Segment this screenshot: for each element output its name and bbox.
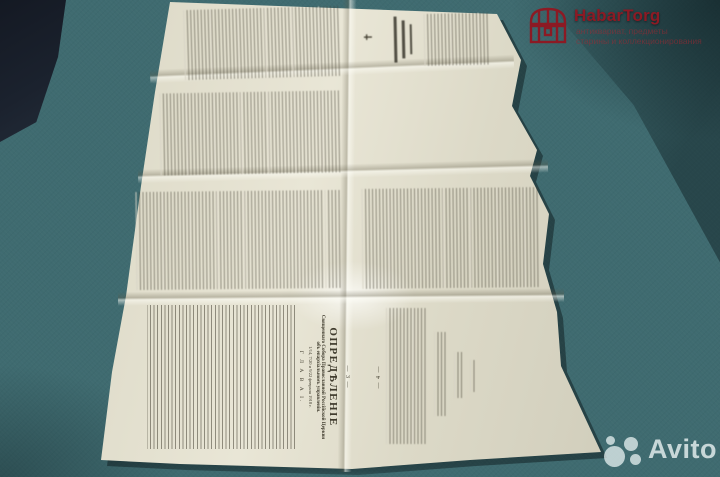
page-panel-final: — 4 — [358,300,564,460]
chapter-heading: Г Л А В А I. [298,298,304,456]
habartorg-tagline-1: антиквариат, предметы [576,26,668,36]
text-block [159,90,340,175]
cover-title-line-3 [410,24,413,54]
page-panel-cover: ✝ [349,6,496,73]
avito-watermark: Avito [598,432,720,474]
page-number: — 4 — [376,362,386,392]
avito-dot-medium [624,437,638,451]
page-date-line: 1/14, 7/20 и 9/22 февраля 1918 г. [308,298,313,456]
cover-text-block [423,13,490,66]
page-panel-row2-right-blank [352,82,528,174]
page-panel-top-left [177,2,347,85]
habartorg-tagline-2: старины и коллекционирования [576,36,702,46]
text-block [183,6,341,80]
body-text-block [147,305,295,449]
page-heading: ОПРЕДѢЛЕНІЕ [327,298,339,456]
avito-dot-right [630,454,641,465]
opredelenie-page: — 3 — ОПРЕДѢЛЕНІЕ Священнаго Собора Прав… [112,298,352,456]
page-panel-row3-right [355,181,546,295]
page-panel-row2-left [151,86,347,179]
text-block [135,190,340,290]
page-panel-opredelenie: — 3 — ОПРЕДѢЛЕНІЕ Священнаго Собора Прав… [110,298,354,456]
signature-date-block [454,352,462,398]
cover-title-line-1 [394,17,398,63]
avito-brand: Avito [648,434,717,465]
page-subtitle-1: Священнаго Собора Православной Россійско… [320,298,325,456]
closing-paragraph-block [386,308,428,444]
habartorg-brand: HabarTorg [574,6,661,26]
secretary-line-block [470,360,475,392]
page-number: — 3 — [344,298,350,456]
signature-block [434,332,447,416]
avito-dot-large [604,446,625,467]
avito-dot-small-top [606,436,615,445]
page-panel-row3-left [127,185,348,295]
text-block [361,187,540,289]
cover-cross-icon: ✝ [362,29,378,45]
treasure-chest-icon [526,4,570,48]
habartorg-watermark: HabarTorg антиквариат, предметы старины … [524,2,720,50]
cover-title-line-2 [402,20,406,58]
